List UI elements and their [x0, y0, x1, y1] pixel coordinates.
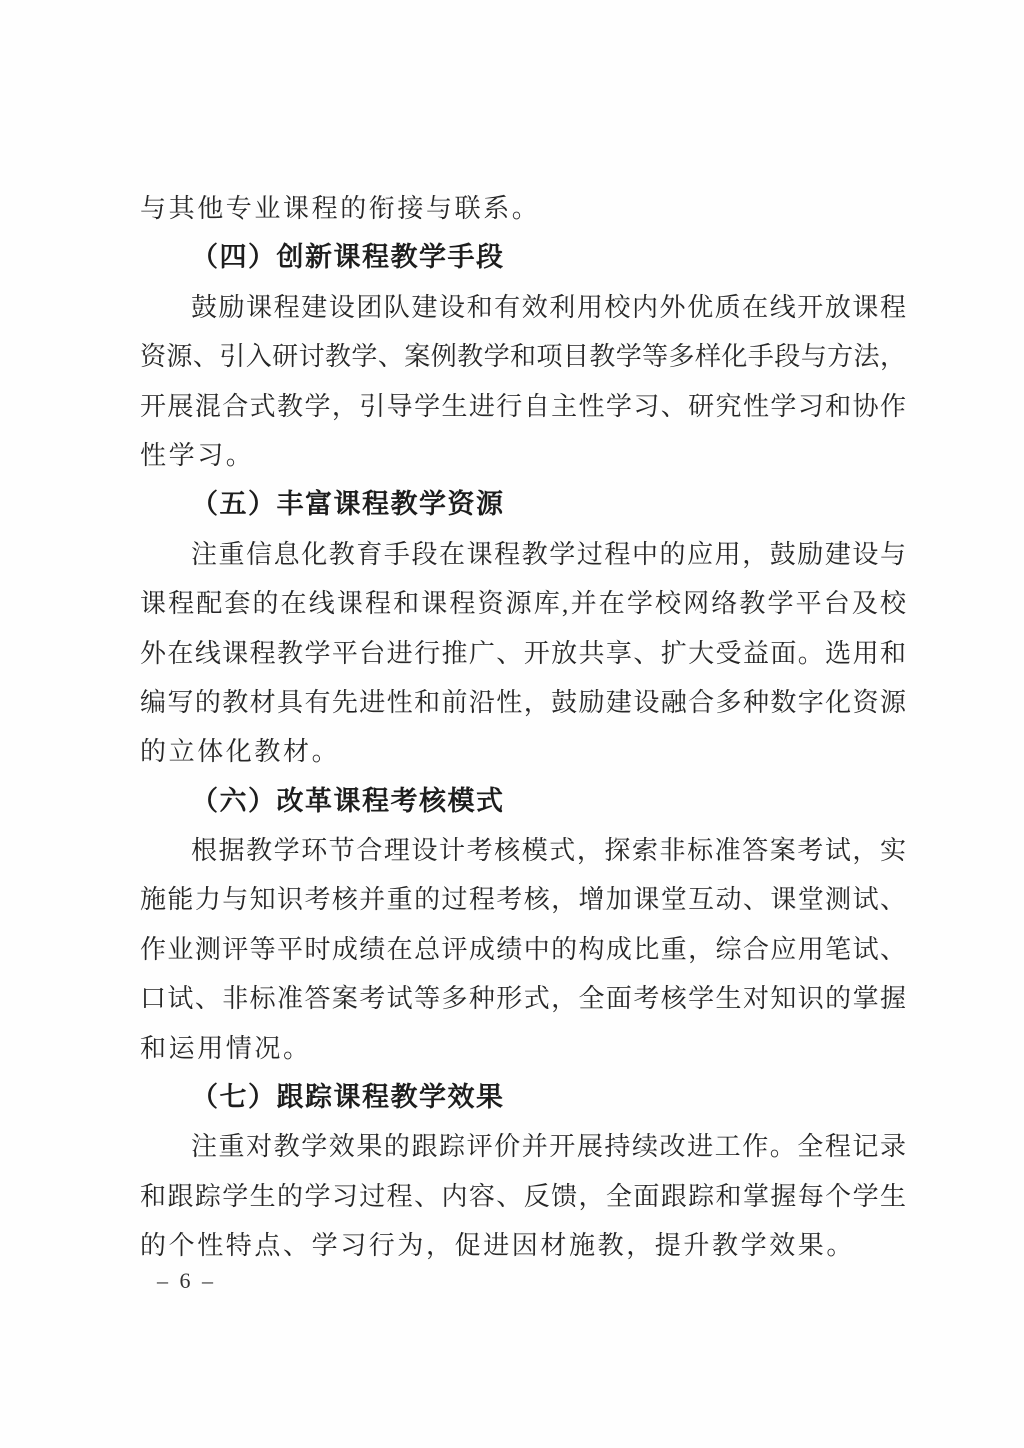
text-line: 外在线课程教学平台进行推广、开放共享、扩大受益面。选用和 [140, 629, 906, 678]
text-line: 编写的教材具有先进性和前沿性，鼓励建设融合多种数字化资源 [140, 678, 906, 727]
section-heading-5: （五）丰富课程教学资源 [140, 480, 906, 529]
text-line: 性学习。 [140, 431, 906, 480]
text-line: 和运用情况。 [140, 1024, 906, 1073]
text-line: 的个性特点、学习行为，促进因材施教，提升教学效果。 [140, 1221, 906, 1270]
text-line: 鼓励课程建设团队建设和有效利用校内外优质在线开放课程 [140, 283, 906, 332]
document-page: 与其他专业课程的衔接与联系。（四）创新课程教学手段鼓励课程建设团队建设和有效利用… [0, 0, 1024, 1448]
text-line: 注重对教学效果的跟踪评价并开展持续改进工作。全程记录 [140, 1122, 906, 1171]
section-heading-7: （七）跟踪课程教学效果 [140, 1073, 906, 1122]
text-line: 和跟踪学生的学习过程、内容、反馈，全面跟踪和掌握每个学生 [140, 1172, 906, 1221]
text-line: 注重信息化教育手段在课程教学过程中的应用，鼓励建设与 [140, 530, 906, 579]
text-line: 施能力与知识考核并重的过程考核，增加课堂互动、课堂测试、 [140, 875, 906, 924]
section-heading-4: （四）创新课程教学手段 [140, 233, 906, 282]
section-heading-6: （六）改革课程考核模式 [140, 777, 906, 826]
text-line: 口试、非标准答案考试等多种形式，全面考核学生对知识的掌握 [140, 974, 906, 1023]
text-line: 根据教学环节合理设计考核模式，探索非标准答案考试，实 [140, 826, 906, 875]
text-line: 资源、引入研讨教学、案例教学和项目教学等多样化手段与方法， [140, 332, 906, 381]
text-line: 课程配套的在线课程和课程资源库,并在学校网络教学平台及校 [140, 579, 906, 628]
text-line: 作业测评等平时成绩在总评成绩中的构成比重，综合应用笔试、 [140, 925, 906, 974]
document-body: 与其他专业课程的衔接与联系。（四）创新课程教学手段鼓励课程建设团队建设和有效利用… [140, 184, 906, 1271]
text-line: 与其他专业课程的衔接与联系。 [140, 184, 906, 233]
page-number: – 6 – [157, 1268, 216, 1294]
text-line: 的立体化教材。 [140, 727, 906, 776]
text-line: 开展混合式教学，引导学生进行自主性学习、研究性学习和协作 [140, 382, 906, 431]
